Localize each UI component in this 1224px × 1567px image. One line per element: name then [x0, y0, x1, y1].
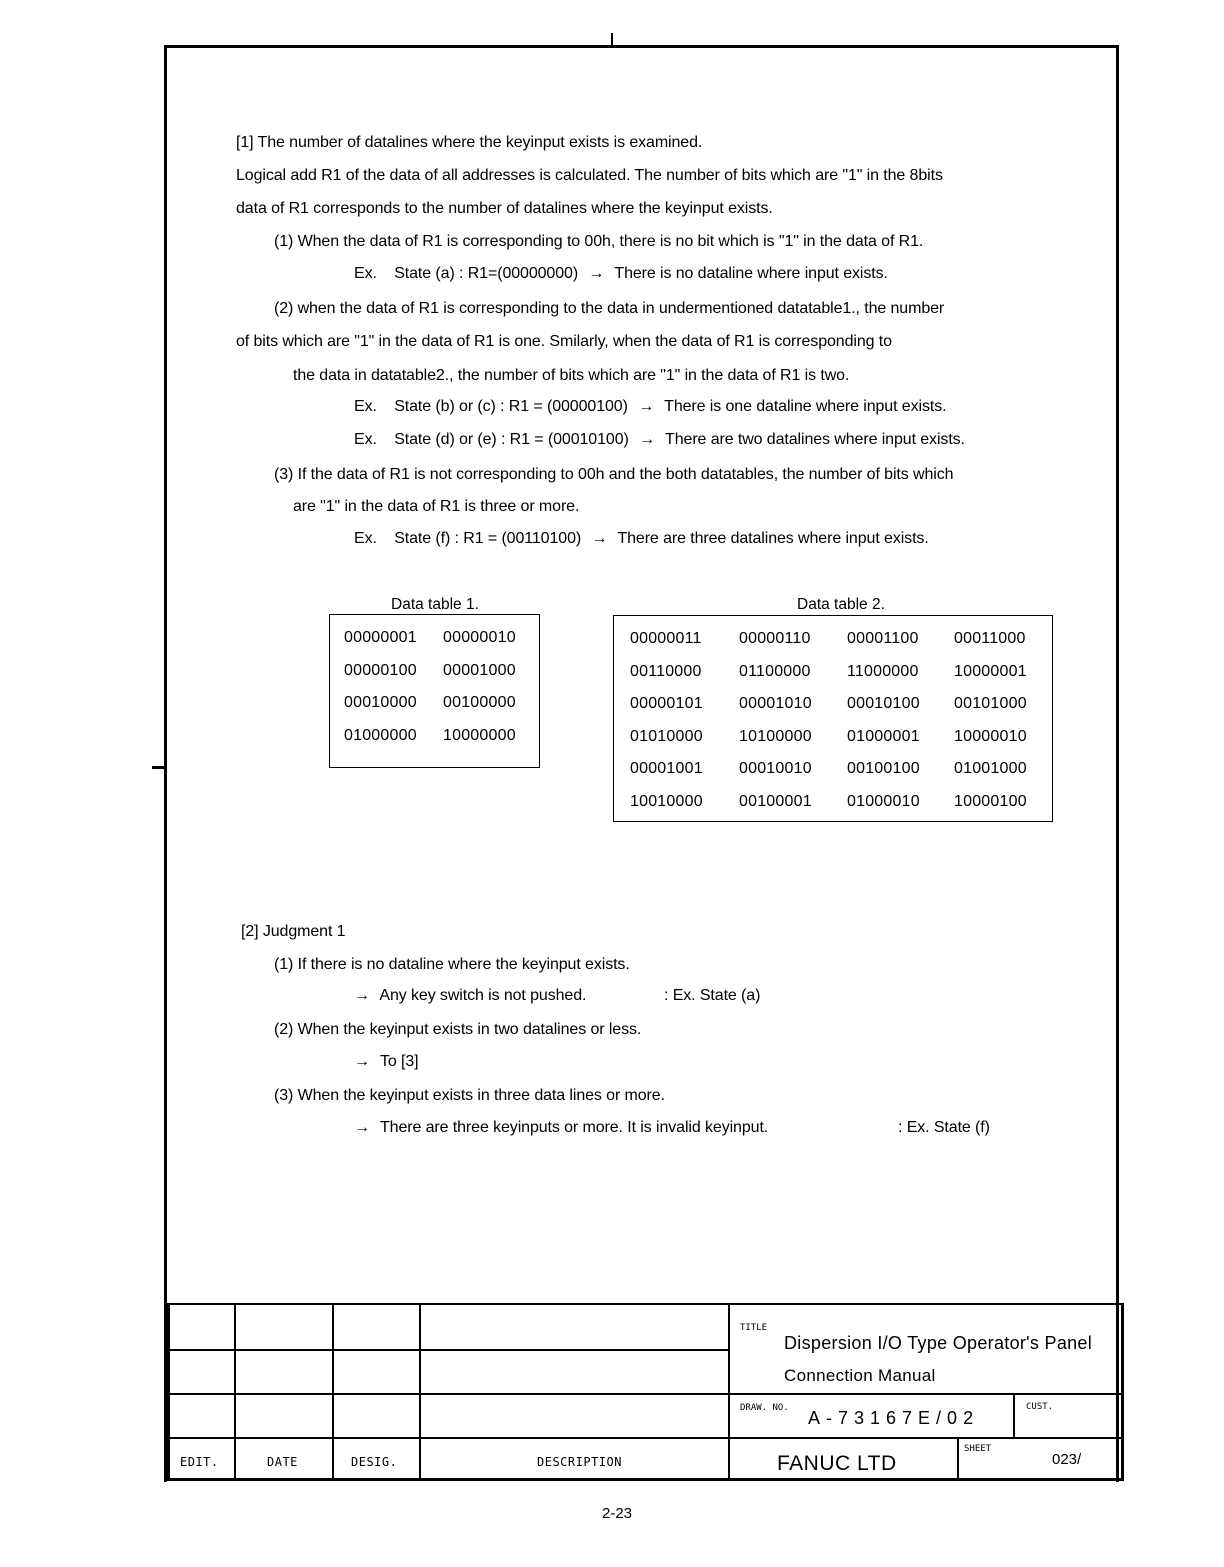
section2-item2-result: → To [3] [354, 1052, 419, 1072]
section1-item2-line2: of bits which are "1" in the data of R1 … [236, 332, 892, 352]
example-prefix: Ex. [354, 431, 377, 448]
example-prefix: Ex. [354, 530, 377, 547]
cust-label: CUST. [1026, 1402, 1053, 1412]
table-cell: 01000000 [344, 727, 417, 745]
grid-line [170, 1349, 730, 1351]
right-arrow-icon: → [354, 986, 370, 1006]
table-cell: 00110000 [630, 663, 702, 681]
example-result: There are two datalines where input exis… [665, 431, 965, 448]
document-title-line1: Dispersion I/O Type Operator's Panel [784, 1333, 1092, 1354]
title-block: EDIT. DATE DESIG. DESCRIPTION TITLE Disp… [167, 1303, 1124, 1481]
grid-line [170, 1393, 730, 1395]
col-label-description: DESCRIPTION [537, 1455, 622, 1469]
table-cell: 00101000 [954, 695, 1027, 713]
section2-item1-ref: : Ex. State (a) [664, 986, 760, 1006]
table-cell: 00001100 [847, 630, 919, 648]
table-cell: 01000001 [847, 728, 920, 746]
section1-item2-line3: the data in datatable2., the number of b… [293, 366, 849, 386]
right-arrow-icon: → [354, 1052, 370, 1072]
section1-heading: [1] The number of datalines where the ke… [236, 133, 702, 153]
sheet-value: 023/ [1052, 1451, 1081, 1468]
table-cell: 00100001 [739, 793, 812, 811]
table-cell: 00100000 [443, 694, 516, 712]
result-text: Any key switch is not pushed. [379, 987, 586, 1004]
section1-para-line2: data of R1 corresponds to the number of … [236, 199, 773, 219]
section1-item3-line1: (3) If the data of R1 is not correspondi… [274, 465, 953, 485]
table-cell: 00001001 [630, 760, 703, 778]
document-title-line2: Connection Manual [784, 1366, 936, 1386]
right-arrow-icon: → [591, 529, 607, 549]
data-table-1-caption: Data table 1. [391, 596, 479, 614]
table-cell: 00000110 [739, 630, 811, 648]
table-cell: 01001000 [954, 760, 1027, 778]
section2-item1-result: → Any key switch is not pushed. [354, 986, 586, 1006]
example-prefix: Ex. [354, 398, 377, 415]
table-cell: 00000011 [630, 630, 702, 648]
data-table-2-caption: Data table 2. [797, 596, 885, 614]
right-arrow-icon: → [639, 430, 655, 450]
section1-item3-example: Ex. State (f) : R1 = (00110100) → There … [354, 529, 929, 549]
example-state: State (b) or (c) : R1 = (00000100) [394, 398, 628, 415]
sheet-label: SHEET [964, 1444, 991, 1454]
section2-heading: [2] Judgment 1 [241, 922, 345, 942]
example-state: State (f) : R1 = (00110100) [394, 530, 581, 547]
grid-line [728, 1305, 730, 1481]
table-cell: 10000001 [954, 663, 1027, 681]
left-center-tick [152, 766, 164, 769]
col-label-date: DATE [267, 1455, 298, 1469]
col-label-desig: DESIG. [351, 1455, 397, 1469]
table-cell: 00010100 [847, 695, 920, 713]
draw-no-value: A-73167E/02 [808, 1408, 979, 1429]
company-name: FANUC LTD [777, 1452, 897, 1476]
section1-item2-example1: Ex. State (b) or (c) : R1 = (00000100) →… [354, 397, 946, 417]
section2-item3: (3) When the keyinput exists in three da… [274, 1086, 665, 1106]
table-cell: 10000100 [954, 793, 1027, 811]
example-state: State (d) or (e) : R1 = (00010100) [394, 431, 629, 448]
top-center-tick [611, 33, 613, 45]
example-result: There is one dataline where input exists… [664, 398, 946, 415]
result-text: To [3] [380, 1053, 419, 1070]
table-cell: 01000010 [847, 793, 920, 811]
grid-line [730, 1393, 1124, 1395]
section1-item1: (1) When the data of R1 is corresponding… [274, 232, 923, 252]
table-cell: 00000101 [630, 695, 703, 713]
page-number: 2-23 [602, 1505, 632, 1522]
table-cell: 01010000 [630, 728, 703, 746]
section2-item2: (2) When the keyinput exists in two data… [274, 1020, 641, 1040]
table-cell: 00011000 [954, 630, 1026, 648]
result-text: There are three keyinputs or more. It is… [380, 1119, 768, 1136]
grid-line [419, 1305, 421, 1481]
right-arrow-icon: → [354, 1118, 370, 1138]
table-cell: 00001010 [739, 695, 812, 713]
data-table-1: 0000000100000010000001000000100000010000… [329, 614, 540, 768]
example-state: State (a) : R1=(00000000) [394, 265, 578, 282]
table-cell: 00010000 [344, 694, 417, 712]
table-cell: 00000010 [443, 629, 516, 647]
grid-line [1013, 1393, 1015, 1437]
section1-item1-example: Ex. State (a) : R1=(00000000) → There is… [354, 264, 888, 284]
section1-item2-example2: Ex. State (d) or (e) : R1 = (00010100) →… [354, 430, 965, 450]
right-arrow-icon: → [638, 397, 654, 417]
section1-para-line1: Logical add R1 of the data of all addres… [236, 166, 943, 186]
grid-line [170, 1437, 1124, 1439]
table-cell: 00000001 [344, 629, 417, 647]
table-cell: 11000000 [847, 663, 919, 681]
table-cell: 00000100 [344, 662, 417, 680]
example-result: There is no dataline where input exists. [614, 265, 888, 282]
table-cell: 00010010 [739, 760, 812, 778]
example-result: There are three datalines where input ex… [617, 530, 928, 547]
table-cell: 10000010 [954, 728, 1027, 746]
table-cell: 00100100 [847, 760, 920, 778]
section2-item3-ref: : Ex. State (f) [898, 1118, 990, 1138]
section1-item3-line2: are "1" in the data of R1 is three or mo… [293, 497, 579, 517]
title-label: TITLE [740, 1323, 767, 1333]
col-label-edit: EDIT. [180, 1455, 219, 1469]
grid-line [332, 1305, 334, 1481]
table-cell: 01100000 [739, 663, 811, 681]
table-cell: 10010000 [630, 793, 703, 811]
data-table-2: 0000001100000110000011000001100000110000… [613, 615, 1053, 822]
section2-item1: (1) If there is no dataline where the ke… [274, 955, 630, 975]
example-prefix: Ex. [354, 265, 377, 282]
right-arrow-icon: → [588, 264, 604, 284]
grid-line [957, 1437, 959, 1481]
section2-item3-result: → There are three keyinputs or more. It … [354, 1118, 768, 1138]
section1-item2-line1: (2) when the data of R1 is corresponding… [274, 299, 944, 319]
grid-line [234, 1305, 236, 1481]
table-cell: 10000000 [443, 727, 516, 745]
draw-no-label: DRAW. NO. [740, 1403, 789, 1413]
table-cell: 10100000 [739, 728, 812, 746]
table-cell: 00001000 [443, 662, 516, 680]
